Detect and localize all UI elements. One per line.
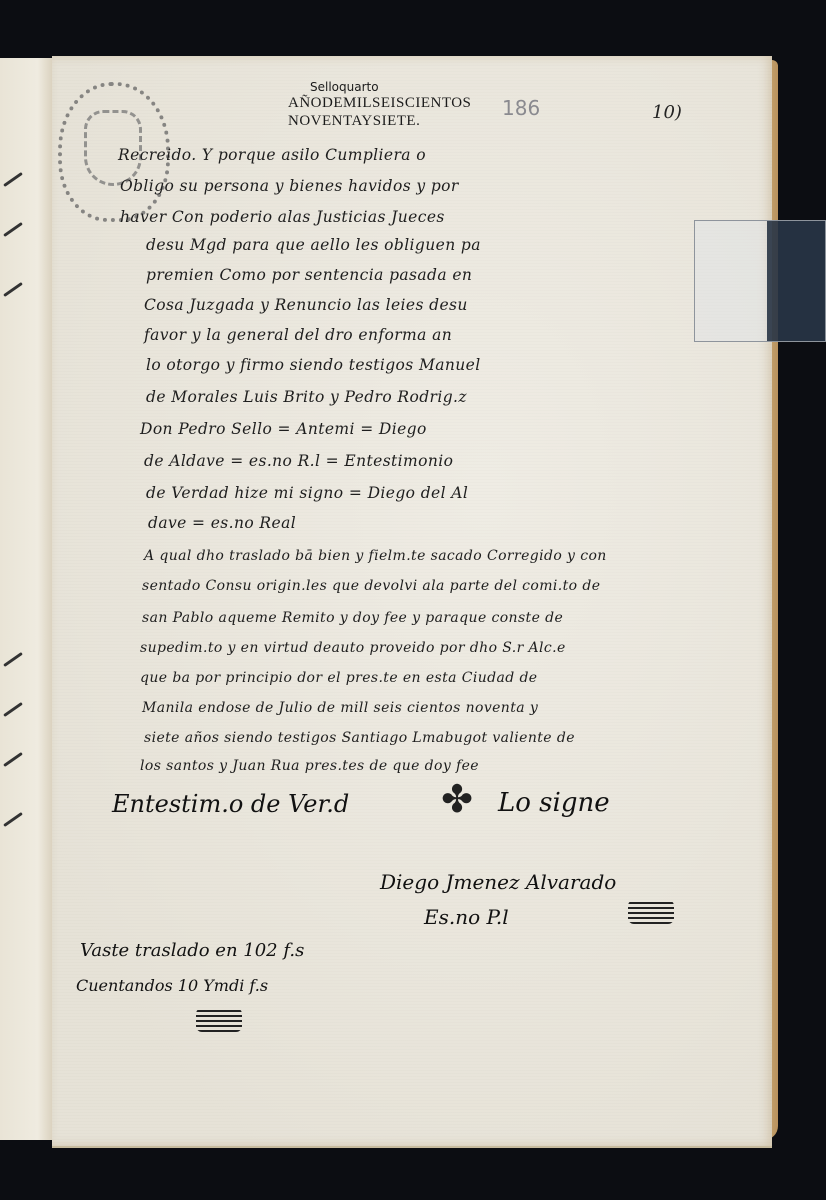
text-line: A qual dho traslado bā bien y fielm.te s… [144, 548, 607, 564]
stamp-line-1: Selloquarto [310, 80, 471, 94]
text-line: de Morales Luis Brito y Pedro Rodrig.z [146, 388, 467, 406]
text-line: desu Mgd para que aello les obliguen pa [146, 236, 481, 254]
text-line: Manila endose de Julio de mill seis cien… [142, 700, 538, 716]
stamp-line-3: NOVENTAYSIETE. [288, 112, 471, 130]
text-line: Cosa Juzgada y Renuncio las leies desu [144, 296, 468, 314]
stamp-header: Selloquarto AÑODEMILSEISCIENTOS NOVENTAY… [288, 80, 471, 130]
facing-left-page [0, 58, 55, 1140]
text-line: de Aldave = es.no R.l = Entestimonio [144, 452, 453, 470]
text-line: dave = es.no Real [148, 514, 296, 532]
margin-note-line-1: Vaste traslado en 102 f.s [80, 940, 304, 961]
text-line: Recreido. Y porque asilo Cumpliera o [118, 146, 426, 164]
text-line: los santos y Juan Rua pres.tes de que do… [140, 758, 479, 774]
text-line: Obligo su persona y bienes havidos y por [120, 177, 459, 195]
notary-signature-title: Es.no P.l [424, 905, 509, 929]
text-line: siete años siendo testigos Santiago Lmab… [144, 730, 575, 746]
margin-rubric-icon [196, 1008, 242, 1032]
ink-stroke [3, 702, 23, 717]
text-line: que ba por principio dor el pres.te en e… [140, 670, 538, 686]
ink-stroke [3, 652, 23, 667]
ink-stroke [3, 222, 23, 237]
folio-number-pencil: 186 [502, 96, 540, 120]
text-line: lo otorgo y firmo siendo testigos Manuel [146, 356, 481, 374]
tab-shadow [767, 221, 825, 341]
stamp-line-2: AÑODEMILSEISCIENTOS [288, 94, 471, 112]
ink-stroke [3, 172, 23, 187]
margin-note-line-2: Cuentandos 10 Ymdi f.s [76, 976, 268, 995]
text-line: de Verdad hize mi signo = Diego del Al [146, 484, 468, 502]
signature-line-right: Lo signe [498, 788, 610, 818]
archival-tab [694, 220, 826, 342]
signature-line-left: Entestim.o de Ver.d [112, 790, 349, 818]
ink-stroke [3, 752, 23, 767]
text-line: premien Como por sentencia pasada en [146, 266, 472, 284]
folio-number-ink: 10) [652, 102, 682, 123]
notary-rubric-icon [628, 900, 674, 924]
ink-stroke [3, 282, 23, 297]
text-line: haver Con poderio alas Justicias Jueces [120, 208, 445, 226]
text-line: favor y la general del dro enforma an [144, 326, 452, 344]
text-line: sentado Consu origin.les que devolvi ala… [142, 578, 600, 594]
ink-stroke [3, 812, 23, 827]
text-line: san Pablo aqueme Remito y doy fee y para… [142, 610, 563, 626]
text-line: supedim.to y en virtud deauto proveido p… [140, 640, 566, 656]
text-line: Don Pedro Sello = Antemi = Diego [140, 420, 427, 438]
notary-sign-flower-icon: ✤ [432, 778, 482, 820]
notary-signature-name: Diego Jmenez Alvarado [380, 870, 616, 894]
